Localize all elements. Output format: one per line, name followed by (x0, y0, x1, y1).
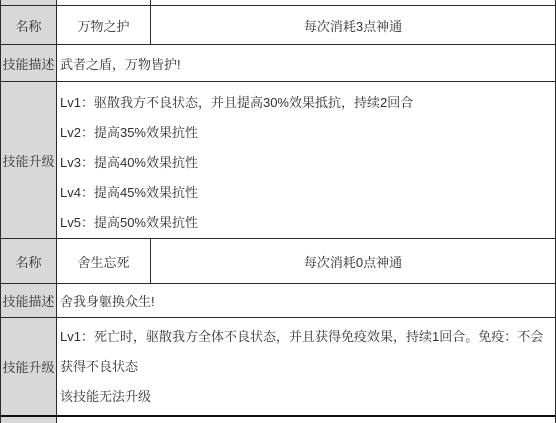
skill2-upgrade-lines: Lv1：死亡时，驱散我方全体不良状态，并且获得免疫效果，持续1回合。免疫：不会获… (60, 318, 555, 412)
skill1-upgrade-lv4: Lv4：提高45%效果抗性 (60, 178, 413, 208)
skill1-upgrade-lv1: Lv1：驱散我方不良状态，并且提高30%效果抵抗，持续2回合 (60, 88, 413, 118)
table-row-skill2-description: 技能描述 舍我身躯换众生! (1, 284, 555, 318)
partial-name-cell (57, 0, 151, 5)
table-row-skill1-description: 技能描述 武者之盾，万物皆护! (1, 45, 555, 82)
partial-cost-cell (151, 0, 555, 5)
skill2-upgrade-cell: Lv1：死亡时，驱散我方全体不良状态，并且获得免疫效果，持续1回合。免疫：不会获… (57, 318, 555, 415)
skill-table: 名称 万物之护 每次消耗3点神通 技能描述 武者之盾，万物皆护! 技能升级 Lv… (0, 0, 556, 423)
skill1-upgrade-lines: Lv1：驱散我方不良状态，并且提高30%效果抵抗，持续2回合 Lv2：提高35%… (60, 82, 413, 238)
skill-table-page: 名称 万物之护 每次消耗3点神通 技能描述 武者之盾，万物皆护! 技能升级 Lv… (0, 0, 556, 423)
row-header-name: 名称 (1, 6, 57, 44)
table-row-skill1-upgrade: 技能升级 Lv1：驱散我方不良状态，并且提高30%效果抵抗，持续2回合 Lv2：… (1, 82, 555, 239)
row-header-upgrade: 技能升级 (1, 318, 57, 415)
row-header-name: 名称 (1, 239, 57, 283)
skill1-cost-value: 每次消耗3点神通 (151, 6, 555, 44)
table-row-skill2-name: 名称 舍生忘死 每次消耗0点神通 (1, 239, 555, 284)
partial-row-bottom (1, 417, 555, 423)
row-header-description: 技能描述 (1, 284, 57, 317)
skill1-upgrade-cell: Lv1：驱散我方不良状态，并且提高30%效果抵抗，持续2回合 Lv2：提高35%… (57, 82, 555, 238)
skill1-description-value: 武者之盾，万物皆护! (57, 45, 555, 81)
skill1-upgrade-lv2: Lv2：提高35%效果抗性 (60, 118, 413, 148)
partial-header-cell (1, 417, 57, 423)
table-row-skill2-upgrade: 技能升级 Lv1：死亡时，驱散我方全体不良状态，并且获得免疫效果，持续1回合。免… (1, 318, 555, 417)
skill2-upgrade-note: 该技能无法升级 (60, 382, 549, 412)
partial-content-cell (57, 417, 555, 423)
skill2-upgrade-lv1: Lv1：死亡时，驱散我方全体不良状态，并且获得免疫效果，持续1回合。免疫：不会获… (60, 322, 549, 382)
skill1-upgrade-lv3: Lv3：提高40%效果抗性 (60, 148, 413, 178)
partial-header-cell (1, 0, 57, 5)
skill2-name-value: 舍生忘死 (57, 239, 151, 283)
skill2-cost-value: 每次消耗0点神通 (151, 239, 555, 283)
table-row-skill1-name: 名称 万物之护 每次消耗3点神通 (1, 6, 555, 45)
row-header-upgrade: 技能升级 (1, 82, 57, 238)
skill1-upgrade-lv5: Lv5：提高50%效果抗性 (60, 208, 413, 238)
skill2-description-value: 舍我身躯换众生! (57, 284, 555, 317)
skill1-name-value: 万物之护 (57, 6, 151, 44)
row-header-description: 技能描述 (1, 45, 57, 81)
